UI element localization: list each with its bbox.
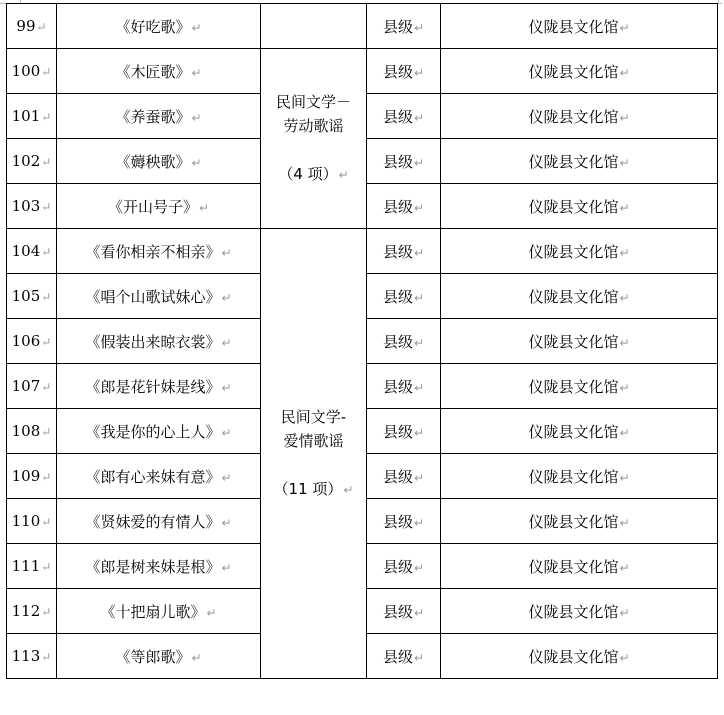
paragraph-mark-icon: ↵ bbox=[619, 426, 629, 440]
paragraph-mark-icon: ↵ bbox=[191, 156, 201, 170]
row-number: 103↵ bbox=[7, 184, 57, 229]
paragraph-mark-icon: ↵ bbox=[221, 471, 231, 485]
protection-level: 县级↵ bbox=[367, 499, 441, 544]
protection-unit-text: 仪陇县文化馆 bbox=[528, 243, 618, 261]
paragraph-mark-icon: ↵ bbox=[414, 606, 424, 620]
item-name: 《假装出来晾衣裳》↵ bbox=[57, 319, 261, 364]
protection-level-text: 县级 bbox=[383, 423, 413, 441]
item-name: 《薅秧歌》↵ bbox=[57, 139, 261, 184]
paragraph-mark-icon: ↵ bbox=[414, 336, 424, 350]
paragraph-mark-icon: ↵ bbox=[191, 66, 201, 80]
protection-unit-text: 仪陇县文化馆 bbox=[528, 423, 618, 441]
item-name-text: 《我是你的心上人》 bbox=[85, 423, 220, 441]
protection-unit-text: 仪陇县文化馆 bbox=[528, 288, 618, 306]
paragraph-mark-icon: ↵ bbox=[619, 21, 629, 35]
paragraph-mark-icon: ↵ bbox=[41, 200, 51, 214]
paragraph-mark-icon: ↵ bbox=[41, 65, 51, 79]
paragraph-mark-icon: ↵ bbox=[41, 470, 51, 484]
paragraph-mark-icon: ↵ bbox=[41, 425, 51, 439]
protection-unit-text: 仪陇县文化馆 bbox=[528, 63, 618, 81]
table-row: 104↵《看你相亲不相亲》↵民间文学-爱情歌谣（11 项）↵县级↵仪陇县文化馆↵ bbox=[7, 229, 718, 274]
paragraph-mark-icon: ↵ bbox=[619, 561, 629, 575]
paragraph-mark-icon: ↵ bbox=[619, 651, 629, 665]
protection-level-text: 县级 bbox=[383, 468, 413, 486]
paragraph-mark-icon: ↵ bbox=[619, 156, 629, 170]
protection-level-text: 县级 bbox=[383, 513, 413, 531]
protection-unit: 仪陇县文化馆↵ bbox=[441, 319, 718, 364]
row-number-text: 102 bbox=[12, 152, 41, 170]
row-number: 100↵ bbox=[7, 49, 57, 94]
paragraph-mark-icon: ↵ bbox=[191, 21, 201, 35]
protection-unit-text: 仪陇县文化馆 bbox=[528, 378, 618, 396]
protection-level: 县级↵ bbox=[367, 139, 441, 184]
row-number-text: 112 bbox=[12, 602, 41, 620]
item-name: 《开山号子》↵ bbox=[57, 184, 261, 229]
item-name: 《我是你的心上人》↵ bbox=[57, 409, 261, 454]
protection-unit-text: 仪陇县文化馆 bbox=[528, 468, 618, 486]
row-number-text: 107 bbox=[12, 377, 41, 395]
row-number-text: 103 bbox=[12, 197, 41, 215]
protection-level-text: 县级 bbox=[383, 198, 413, 216]
row-number-text: 111 bbox=[12, 557, 41, 575]
protection-unit: 仪陇县文化馆↵ bbox=[441, 139, 718, 184]
row-number: 109↵ bbox=[7, 454, 57, 499]
protection-level: 县级↵ bbox=[367, 229, 441, 274]
protection-level-text: 县级 bbox=[383, 648, 413, 666]
paragraph-mark-icon: ↵ bbox=[41, 560, 51, 574]
paragraph-mark-icon: ↵ bbox=[619, 66, 629, 80]
protection-level: 县级↵ bbox=[367, 634, 441, 679]
item-name-text: 《郎有心来妹有意》 bbox=[85, 468, 220, 486]
paragraph-mark-icon: ↵ bbox=[199, 201, 209, 215]
paragraph-mark-icon: ↵ bbox=[191, 111, 201, 125]
protection-level-text: 县级 bbox=[383, 108, 413, 126]
paragraph-mark-icon: ↵ bbox=[414, 651, 424, 665]
protection-level: 县级↵ bbox=[367, 364, 441, 409]
table-row: 99↵《好吃歌》↵县级↵仪陇县文化馆↵ bbox=[7, 4, 718, 49]
page-corner-mark-right bbox=[718, 0, 722, 4]
item-name: 《木匠歌》↵ bbox=[57, 49, 261, 94]
paragraph-mark-icon: ↵ bbox=[343, 483, 353, 497]
paragraph-mark-icon: ↵ bbox=[414, 21, 424, 35]
protection-unit-text: 仪陇县文化馆 bbox=[528, 153, 618, 171]
row-number-text: 100 bbox=[12, 62, 41, 80]
protection-unit: 仪陇县文化馆↵ bbox=[441, 634, 718, 679]
paragraph-mark-icon: ↵ bbox=[37, 20, 47, 34]
row-number-text: 106 bbox=[12, 332, 41, 350]
paragraph-mark-icon: ↵ bbox=[41, 110, 51, 124]
paragraph-mark-icon: ↵ bbox=[41, 380, 51, 394]
item-name: 《看你相亲不相亲》↵ bbox=[57, 229, 261, 274]
paragraph-mark-icon: ↵ bbox=[191, 651, 201, 665]
protection-unit: 仪陇县文化馆↵ bbox=[441, 49, 718, 94]
item-name: 《等郎歌》↵ bbox=[57, 634, 261, 679]
protection-level-text: 县级 bbox=[383, 18, 413, 36]
item-name-text: 《郎是树来妹是根》 bbox=[85, 558, 220, 576]
paragraph-mark-icon: ↵ bbox=[41, 335, 51, 349]
protection-unit: 仪陇县文化馆↵ bbox=[441, 274, 718, 319]
paragraph-mark-icon: ↵ bbox=[414, 246, 424, 260]
protection-level: 县级↵ bbox=[367, 319, 441, 364]
item-name: 《好吃歌》↵ bbox=[57, 4, 261, 49]
row-number: 108↵ bbox=[7, 409, 57, 454]
protection-unit-text: 仪陇县文化馆 bbox=[528, 558, 618, 576]
protection-level: 县级↵ bbox=[367, 544, 441, 589]
protection-level-text: 县级 bbox=[383, 333, 413, 351]
paragraph-mark-icon: ↵ bbox=[339, 168, 349, 182]
item-name: 《十把扇儿歌》↵ bbox=[57, 589, 261, 634]
protection-level: 县级↵ bbox=[367, 454, 441, 499]
paragraph-mark-icon: ↵ bbox=[619, 246, 629, 260]
item-name-text: 《开山号子》 bbox=[108, 198, 198, 216]
row-number-text: 104 bbox=[12, 242, 41, 260]
item-name-text: 《贤妹爱的有情人》 bbox=[85, 513, 220, 531]
item-name: 《养蚕歌》↵ bbox=[57, 94, 261, 139]
paragraph-mark-icon: ↵ bbox=[414, 426, 424, 440]
item-name-text: 《郎是花针妹是线》 bbox=[85, 378, 220, 396]
protection-unit: 仪陇县文化馆↵ bbox=[441, 94, 718, 139]
row-number: 101↵ bbox=[7, 94, 57, 139]
row-number-text: 105 bbox=[12, 287, 41, 305]
protection-unit: 仪陇县文化馆↵ bbox=[441, 499, 718, 544]
protection-unit-text: 仪陇县文化馆 bbox=[528, 198, 618, 216]
protection-unit-text: 仪陇县文化馆 bbox=[528, 333, 618, 351]
paragraph-mark-icon: ↵ bbox=[221, 426, 231, 440]
protection-unit-text: 仪陇县文化馆 bbox=[528, 108, 618, 126]
protection-unit-text: 仪陇县文化馆 bbox=[528, 18, 618, 36]
paragraph-mark-icon: ↵ bbox=[414, 291, 424, 305]
row-number: 110↵ bbox=[7, 499, 57, 544]
protection-unit-text: 仪陇县文化馆 bbox=[528, 648, 618, 666]
item-name: 《贤妹爱的有情人》↵ bbox=[57, 499, 261, 544]
row-number: 112↵ bbox=[7, 589, 57, 634]
row-number: 105↵ bbox=[7, 274, 57, 319]
protection-level-text: 县级 bbox=[383, 243, 413, 261]
paragraph-mark-icon: ↵ bbox=[414, 561, 424, 575]
row-number-text: 108 bbox=[12, 422, 41, 440]
paragraph-mark-icon: ↵ bbox=[414, 66, 424, 80]
paragraph-mark-icon: ↵ bbox=[414, 201, 424, 215]
row-number: 113↵ bbox=[7, 634, 57, 679]
protection-level-text: 县级 bbox=[383, 288, 413, 306]
protection-level: 县级↵ bbox=[367, 184, 441, 229]
row-number: 106↵ bbox=[7, 319, 57, 364]
protection-unit: 仪陇县文化馆↵ bbox=[441, 454, 718, 499]
paragraph-mark-icon: ↵ bbox=[619, 111, 629, 125]
protection-unit-text: 仪陇县文化馆 bbox=[528, 513, 618, 531]
paragraph-mark-icon: ↵ bbox=[41, 155, 51, 169]
item-name-text: 《唱个山歌试妹心》 bbox=[85, 288, 220, 306]
item-name: 《唱个山歌试妹心》↵ bbox=[57, 274, 261, 319]
category-line1: 民间文学- bbox=[261, 405, 366, 429]
paragraph-mark-icon: ↵ bbox=[41, 650, 51, 664]
paragraph-mark-icon: ↵ bbox=[41, 290, 51, 304]
paragraph-mark-icon: ↵ bbox=[206, 606, 216, 620]
row-number-text: 101 bbox=[12, 107, 41, 125]
protection-level-text: 县级 bbox=[383, 558, 413, 576]
table-row: 100↵《木匠歌》↵民间文学－劳动歌谣（4 项）↵县级↵仪陇县文化馆↵ bbox=[7, 49, 718, 94]
protection-level-text: 县级 bbox=[383, 63, 413, 81]
paragraph-mark-icon: ↵ bbox=[221, 516, 231, 530]
paragraph-mark-icon: ↵ bbox=[414, 381, 424, 395]
item-name-text: 《看你相亲不相亲》 bbox=[85, 243, 220, 261]
paragraph-mark-icon: ↵ bbox=[619, 381, 629, 395]
paragraph-mark-icon: ↵ bbox=[41, 515, 51, 529]
category-cell-continued bbox=[261, 4, 367, 49]
item-name: 《郎有心来妹有意》↵ bbox=[57, 454, 261, 499]
category-cell: 民间文学－劳动歌谣（4 项）↵ bbox=[261, 49, 367, 229]
paragraph-mark-icon: ↵ bbox=[619, 516, 629, 530]
item-name: 《郎是花针妹是线》↵ bbox=[57, 364, 261, 409]
row-number-text: 109 bbox=[12, 467, 41, 485]
item-name: 《郎是树来妹是根》↵ bbox=[57, 544, 261, 589]
item-name-text: 《养蚕歌》 bbox=[115, 108, 190, 126]
paragraph-mark-icon: ↵ bbox=[41, 605, 51, 619]
protection-unit: 仪陇县文化馆↵ bbox=[441, 589, 718, 634]
row-number-text: 113 bbox=[12, 647, 41, 665]
protection-unit-text: 仪陇县文化馆 bbox=[528, 603, 618, 621]
item-name-text: 《木匠歌》 bbox=[115, 63, 190, 81]
protection-level: 县级↵ bbox=[367, 274, 441, 319]
category-line1: 民间文学－ bbox=[261, 90, 366, 114]
paragraph-mark-icon: ↵ bbox=[221, 246, 231, 260]
row-number: 99↵ bbox=[7, 4, 57, 49]
item-name-text: 《等郎歌》 bbox=[115, 648, 190, 666]
category-line2: 爱情歌谣 bbox=[261, 429, 366, 453]
protection-level: 县级↵ bbox=[367, 49, 441, 94]
paragraph-mark-icon: ↵ bbox=[619, 291, 629, 305]
protection-level-text: 县级 bbox=[383, 378, 413, 396]
protection-unit: 仪陇县文化馆↵ bbox=[441, 229, 718, 274]
protection-unit: 仪陇县文化馆↵ bbox=[441, 364, 718, 409]
paragraph-mark-icon: ↵ bbox=[221, 561, 231, 575]
row-number: 107↵ bbox=[7, 364, 57, 409]
row-number: 102↵ bbox=[7, 139, 57, 184]
item-name-text: 《十把扇儿歌》 bbox=[100, 603, 205, 621]
paragraph-mark-icon: ↵ bbox=[221, 381, 231, 395]
protection-level-text: 县级 bbox=[383, 603, 413, 621]
protection-unit: 仪陇县文化馆↵ bbox=[441, 544, 718, 589]
paragraph-mark-icon: ↵ bbox=[414, 111, 424, 125]
category-line3: （11 项） bbox=[274, 480, 343, 498]
paragraph-mark-icon: ↵ bbox=[619, 471, 629, 485]
paragraph-mark-icon: ↵ bbox=[619, 336, 629, 350]
protection-unit: 仪陇县文化馆↵ bbox=[441, 409, 718, 454]
protection-level: 县级↵ bbox=[367, 589, 441, 634]
category-line3: （4 项） bbox=[278, 165, 337, 183]
protection-level-text: 县级 bbox=[383, 153, 413, 171]
protection-unit: 仪陇县文化馆↵ bbox=[441, 184, 718, 229]
item-name-text: 《假装出来晾衣裳》 bbox=[85, 333, 220, 351]
paragraph-mark-icon: ↵ bbox=[221, 336, 231, 350]
paragraph-mark-icon: ↵ bbox=[619, 606, 629, 620]
protection-level: 县级↵ bbox=[367, 409, 441, 454]
row-number: 104↵ bbox=[7, 229, 57, 274]
protection-level: 县级↵ bbox=[367, 94, 441, 139]
paragraph-mark-icon: ↵ bbox=[414, 471, 424, 485]
item-name-text: 《好吃歌》 bbox=[115, 18, 190, 36]
category-cell: 民间文学-爱情歌谣（11 项）↵ bbox=[261, 229, 367, 679]
protection-unit: 仪陇县文化馆↵ bbox=[441, 4, 718, 49]
protection-level: 县级↵ bbox=[367, 4, 441, 49]
category-line2: 劳动歌谣 bbox=[261, 114, 366, 138]
row-number-text: 99 bbox=[16, 17, 35, 35]
paragraph-mark-icon: ↵ bbox=[221, 291, 231, 305]
row-number-text: 110 bbox=[12, 512, 41, 530]
paragraph-mark-icon: ↵ bbox=[414, 516, 424, 530]
paragraph-mark-icon: ↵ bbox=[41, 245, 51, 259]
item-name-text: 《薅秧歌》 bbox=[115, 153, 190, 171]
heritage-list-table: 99↵《好吃歌》↵县级↵仪陇县文化馆↵100↵《木匠歌》↵民间文学－劳动歌谣（4… bbox=[6, 3, 718, 679]
row-number: 111↵ bbox=[7, 544, 57, 589]
paragraph-mark-icon: ↵ bbox=[414, 156, 424, 170]
paragraph-mark-icon: ↵ bbox=[619, 201, 629, 215]
